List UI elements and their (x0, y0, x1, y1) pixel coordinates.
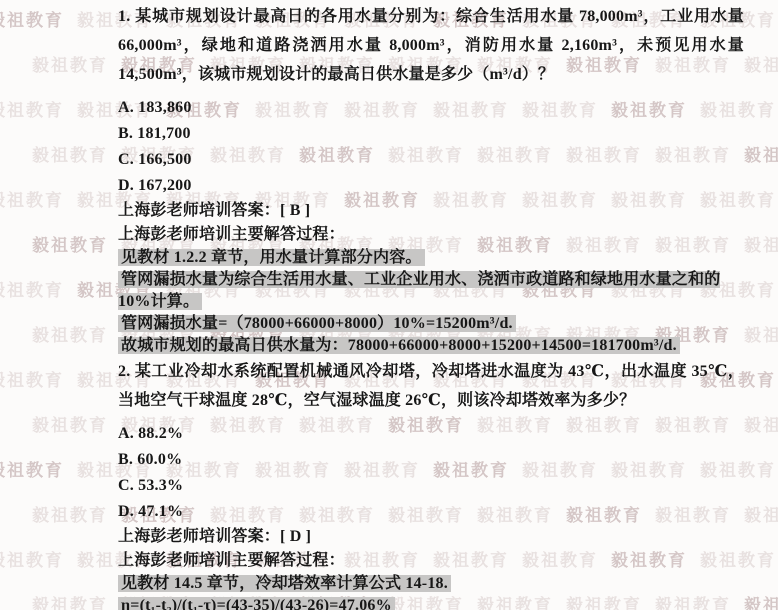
question-stem: 2. 某工业冷却水系统配置机械通风冷却塔，冷却塔进水温度为 43℃，出水温度 3… (118, 357, 744, 415)
highlighted-formula: η=(t₁-t₂)/(t₁-τ)=(43-35)/(43-26)=47.06% (118, 597, 395, 610)
watermark-text: 毅祖教育 (744, 591, 778, 610)
watermark-text: 毅祖教育 (32, 231, 108, 256)
watermark-text: 毅祖教育 (0, 96, 64, 121)
highlighted-text: 见教材 1.2.2 章节，用水量计算部分内容。 (118, 249, 425, 266)
watermark-text: 毅祖教育 (744, 411, 778, 436)
watermark-text: 毅祖教育 (744, 141, 778, 166)
document-page: { "watermark": { "text": "毅祖教育", "color"… (0, 0, 778, 610)
question-stem: 1. 某城市规划设计最高日的各用水量分别为：综合生活用水量 78,000m³，工… (118, 2, 744, 89)
answer-line: 上海彭老师培训答案：[ B ] (118, 199, 744, 223)
watermark-text: 毅祖教育 (0, 546, 64, 571)
watermark-text: 毅祖教育 (32, 501, 108, 526)
question-block-2: 2. 某工业冷却水系统配置机械通风冷却塔，冷却塔进水温度为 43℃，出水温度 3… (118, 357, 744, 610)
highlighted-text: 管网漏损水量=（78000+66000+8000）10%=15200m³/d. (118, 315, 516, 332)
answer-option-b: B. 181,700 (118, 121, 744, 147)
solution-process-title: 上海彭老师培训主要解答过程： (118, 223, 744, 247)
options-list: A. 183,860 B. 181,700 C. 166,500 D. 167,… (118, 95, 744, 199)
solution-block: 见教材 14.5 章节，冷却塔效率计算公式 14-18. η=(t₁-t₂)/(… (118, 573, 744, 610)
watermark-text: 毅祖教育 (744, 321, 778, 346)
watermark-text: 毅祖教育 (0, 366, 64, 391)
answer-line: 上海彭老师培训答案：[ D ] (118, 525, 744, 549)
solution-line: 管网漏损水量为综合生活用水量、工业企业用水、浇洒市政道路和绿地用水量之和的 10… (118, 269, 744, 313)
watermark-text: 毅祖教育 (32, 321, 108, 346)
answer-option-d: D. 47.1% (118, 499, 744, 525)
solution-process-title: 上海彭老师培训主要解答过程： (118, 549, 744, 573)
watermark-text: 毅祖教育 (32, 591, 108, 610)
watermark-text: 毅祖教育 (744, 231, 778, 256)
highlighted-text: 故城市规划的最高日供水量为：78000+66000+8000+15200+145… (118, 337, 680, 354)
answer-option-d: D. 167,200 (118, 173, 744, 199)
watermark-text: 毅祖教育 (0, 186, 64, 211)
watermark-text: 毅祖教育 (32, 51, 108, 76)
document-content: 1. 某城市规划设计最高日的各用水量分别为：综合生活用水量 78,000m³，工… (118, 2, 744, 610)
watermark-text: 毅祖教育 (32, 411, 108, 436)
answer-option-c: C. 166,500 (118, 147, 744, 173)
solution-line: 见教材 14.5 章节，冷却塔效率计算公式 14-18. (118, 573, 744, 595)
watermark-text: 毅祖教育 (32, 141, 108, 166)
watermark-text: 毅祖教育 (0, 6, 64, 31)
watermark-text: 毅祖教育 (0, 456, 64, 481)
watermark-text: 毅祖教育 (0, 276, 64, 301)
solution-line: 故城市规划的最高日供水量为：78000+66000+8000+15200+145… (118, 335, 744, 357)
answer-option-b: B. 60.0% (118, 447, 744, 473)
highlighted-text: 管网漏损水量为综合生活用水量、工业企业用水、浇洒市政道路和绿地用水量之和的 10… (118, 271, 720, 310)
solution-line: 见教材 1.2.2 章节，用水量计算部分内容。 (118, 247, 744, 269)
highlighted-text: 见教材 14.5 章节，冷却塔效率计算公式 14-18. (118, 575, 451, 592)
solution-line: η=(t₁-t₂)/(t₁-τ)=(43-35)/(43-26)=47.06% (118, 595, 744, 610)
watermark-text: 毅祖教育 (744, 501, 778, 526)
question-block-1: 1. 某城市规划设计最高日的各用水量分别为：综合生活用水量 78,000m³，工… (118, 2, 744, 357)
options-list: A. 88.2% B. 60.0% C. 53.3% D. 47.1% (118, 421, 744, 525)
solution-line: 管网漏损水量=（78000+66000+8000）10%=15200m³/d. (118, 313, 744, 335)
watermark-text: 毅祖教育 (744, 51, 778, 76)
answer-option-a: A. 88.2% (118, 421, 744, 447)
answer-option-a: A. 183,860 (118, 95, 744, 121)
solution-block: 见教材 1.2.2 章节，用水量计算部分内容。 管网漏损水量为综合生活用水量、工… (118, 247, 744, 357)
answer-option-c: C. 53.3% (118, 473, 744, 499)
